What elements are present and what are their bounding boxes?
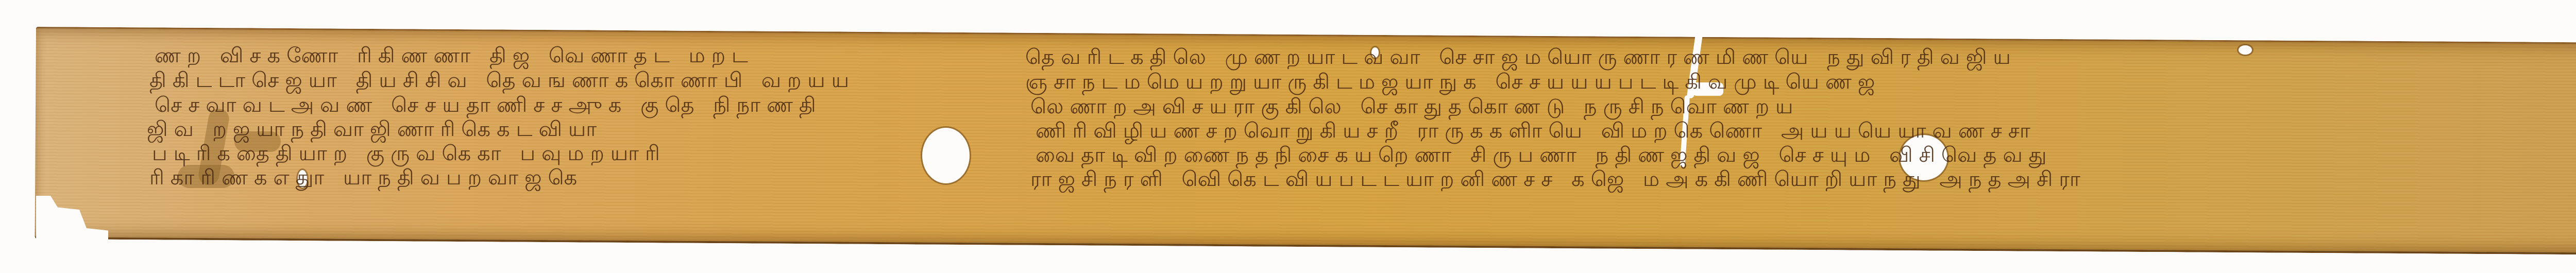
text-line: திகிடடாசெஜயா தியசிசிவ தெவஙணாககொணாபி வறயய [149,69,855,95]
text-line: ஜிவ றஜயாநதிவாஜிணாரிகெகடவியா [147,117,603,144]
text-line: லெணாறஅவிசயராகுகிலெ செகாதுதகொணடு நருசிநவொ… [1030,95,1799,121]
text-line: ராஜசிநரளி வெிகெடவியபடடயாறனிணசச கஜெ மஅககி… [1030,167,2087,194]
text-line: படிரிகதைதியாற குருவகெகா பவுமறயாரி [152,142,666,168]
small-hole [2239,45,2252,55]
text-line: ஞசாநடமமெயறறுயாருகிடமஜயாநுக செசயயயபடடிகிவ… [1025,70,1881,96]
text-line: ணற விசகணோ ரிகிணணா திஜ வெணாதட மறட [155,44,754,70]
text-line: வைதாடிவிறணைநதநிசைகயறெணா சிருபணா நதிணஜதிவ… [1036,143,2053,169]
text-line: ரிகாரிணகஎதுா யாநதிவபறவாஜகெ [149,166,583,192]
binding-hole-left [922,128,970,183]
text-line: செசவாவடஅவண செசயதாணிசசஅுக குதெ நிநாணதி [155,93,822,120]
text-line: ணிரிவிழியணசறவொறுகியசறீ ராருககளிாயெ விமறக… [1036,119,2037,145]
text-line: தெவரிடகதிலெ முணறயாடவவா செசாஜமயொருணாரணமிண… [1025,45,2017,72]
